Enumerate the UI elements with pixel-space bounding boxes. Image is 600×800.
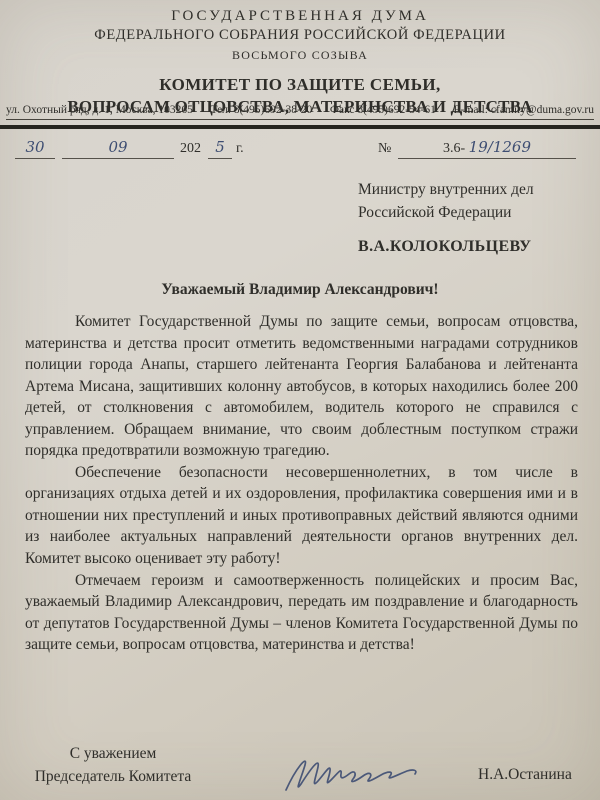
- body-paragraph-2: Обеспечение безопасности несовершеннолет…: [25, 462, 578, 570]
- recipient-block: Министру внутренних дел Российской Федер…: [358, 178, 534, 224]
- salutation: Уважаемый Владимир Александрович!: [0, 281, 600, 299]
- letterhead-divider-rule: [0, 125, 600, 129]
- date-month-handwriting: 09: [108, 138, 127, 156]
- date-year-handwriting: 5: [215, 138, 225, 156]
- date-year-printed: 202: [180, 141, 201, 157]
- closing-regards: С уважением: [18, 742, 208, 765]
- closing-title: Председатель Комитета: [18, 765, 208, 788]
- contact-address: ул. Охотный ряд, д. 1, Москва, 103265: [6, 104, 193, 116]
- outgoing-number-field: 3.6- 19/1269: [398, 138, 576, 159]
- org-federal-assembly-line: ФЕДЕРАЛЬНОГО СОБРАНИЯ РОССИЙСКОЙ ФЕДЕРАЦ…: [0, 27, 600, 44]
- contact-phone: Тел. 8(495)692-38-20: [211, 104, 313, 116]
- date-year-suffix: г.: [236, 141, 244, 157]
- org-name-line: ГОСУДАРСТВЕННАЯ ДУМА: [0, 8, 600, 25]
- contact-email: E-mail: cfamily@duma.gov.ru: [454, 104, 594, 116]
- letterhead: ГОСУДАРСТВЕННАЯ ДУМА ФЕДЕРАЛЬНОГО СОБРАН…: [0, 8, 600, 117]
- date-day-handwriting: 30: [25, 138, 44, 156]
- date-month-field: 09: [62, 138, 174, 159]
- date-year-field: 5: [208, 138, 232, 159]
- committee-name-line1: КОМИТЕТ ПО ЗАЩИТЕ СЕМЬИ,: [0, 75, 600, 95]
- date-day-field: 30: [15, 138, 55, 159]
- outgoing-number-printed: 3.6-: [443, 141, 465, 156]
- recipient-line1: Министру внутренних дел: [358, 178, 534, 201]
- contact-fax: Факс 8(495)692-54-61: [330, 104, 436, 116]
- convocation-line: ВОСЬМОГО СОЗЫВА: [0, 48, 600, 63]
- recipient-name: В.А.КОЛОКОЛЬЦЕВУ: [358, 238, 531, 256]
- signer-name: Н.А.Останина: [478, 766, 572, 784]
- body-paragraph-3: Отмечаем героизм и самоотверженность пол…: [25, 570, 578, 656]
- recipient-line2: Российской Федерации: [358, 201, 534, 224]
- outgoing-number-handwriting: 19/1269: [469, 138, 531, 156]
- date-number-line: 30 09 202 5 г. № 3.6- 19/1269: [0, 138, 600, 162]
- closing-block: С уважением Председатель Комитета: [18, 742, 208, 788]
- number-sign: №: [378, 141, 391, 157]
- letter-body: Комитет Государственной Думы по защите с…: [25, 311, 578, 656]
- handwritten-signature: [280, 748, 428, 798]
- letter-page: ГОСУДАРСТВЕННАЯ ДУМА ФЕДЕРАЛЬНОГО СОБРАН…: [0, 0, 600, 800]
- body-paragraph-1: Комитет Государственной Думы по защите с…: [25, 311, 578, 462]
- contact-strip: ул. Охотный ряд, д. 1, Москва, 103265 Те…: [6, 104, 594, 120]
